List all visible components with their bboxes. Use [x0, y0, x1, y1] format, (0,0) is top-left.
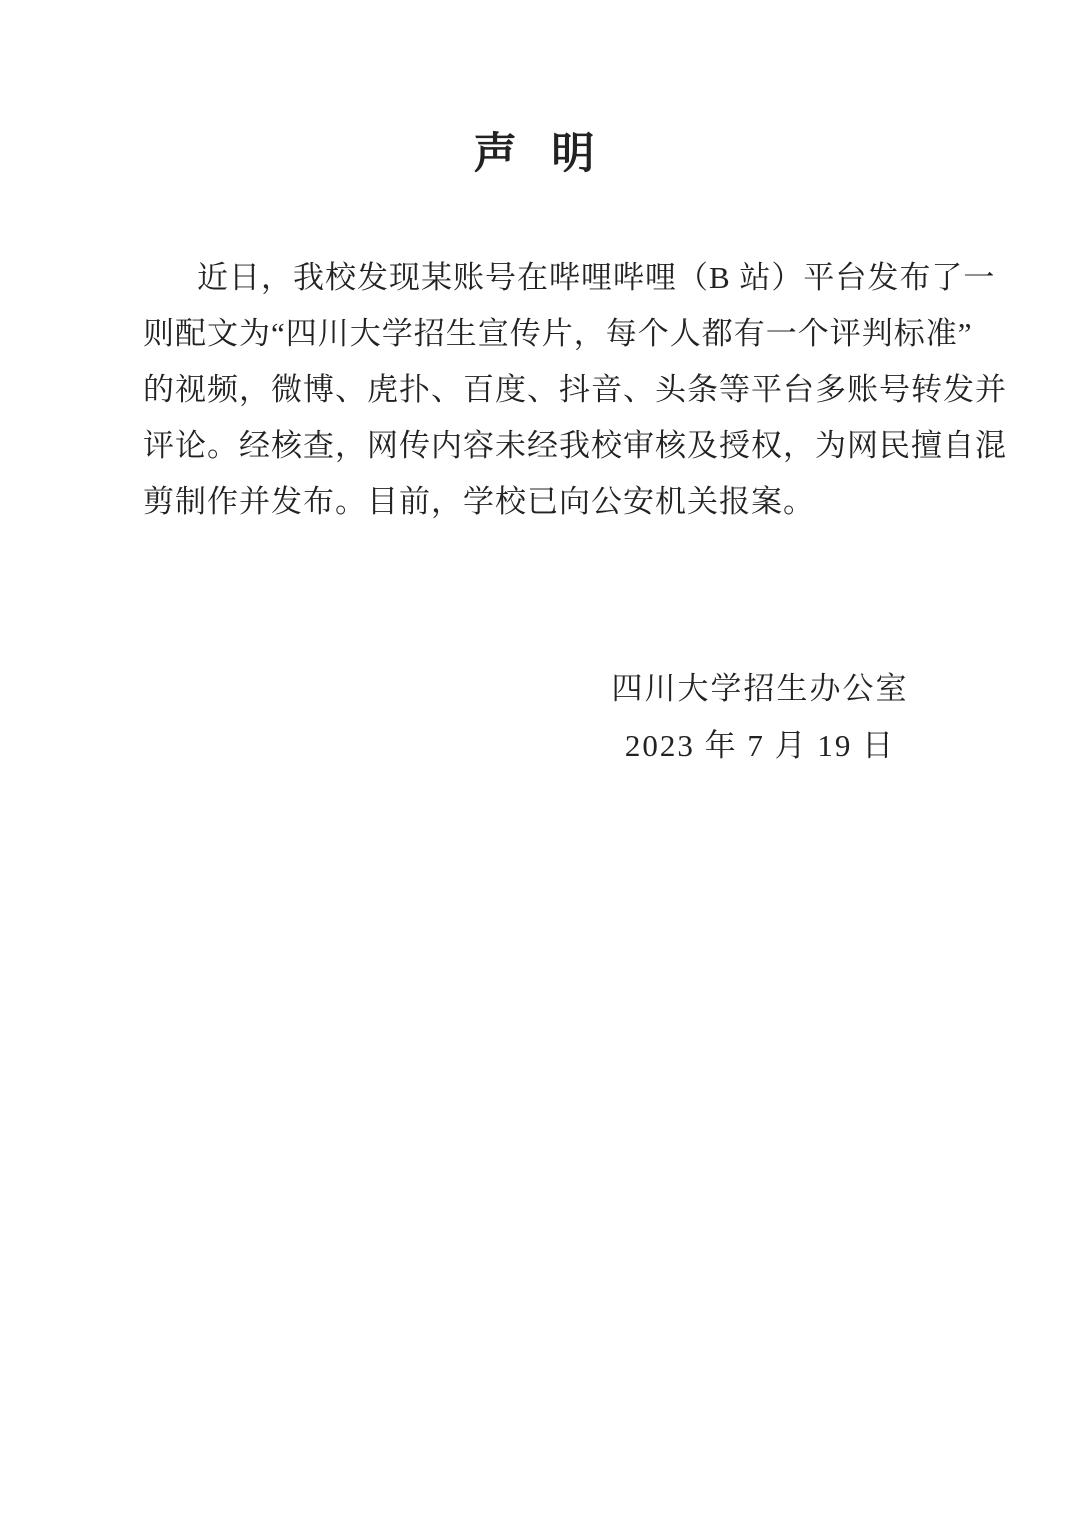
signature-block: 四川大学招生办公室 2023 年 7 月 19 日: [560, 660, 960, 774]
body-line-2: 则配文为“四川大学招生宣传片，每个人都有一个评判标准”: [143, 306, 940, 362]
body-line-5: 剪制作并发布。目前，学校已向公安机关报案。: [143, 474, 940, 530]
body-line-1: 近日，我校发现某账号在哔哩哔哩（B 站）平台发布了一: [143, 250, 940, 306]
body-line-4: 评论。经核查，网传内容未经我校审核及授权，为网民擅自混: [143, 418, 940, 474]
signature-date: 2023 年 7 月 19 日: [560, 717, 960, 774]
signature-office: 四川大学招生办公室: [560, 660, 960, 717]
body-line-3: 的视频，微博、虎扑、百度、抖音、头条等平台多账号转发并: [143, 362, 940, 418]
statement-body: 近日，我校发现某账号在哔哩哔哩（B 站）平台发布了一 则配文为“四川大学招生宣传…: [143, 250, 940, 530]
statement-page: 声 明 近日，我校发现某账号在哔哩哔哩（B 站）平台发布了一 则配文为“四川大学…: [0, 0, 1080, 1527]
page-title: 声 明: [0, 130, 1080, 180]
